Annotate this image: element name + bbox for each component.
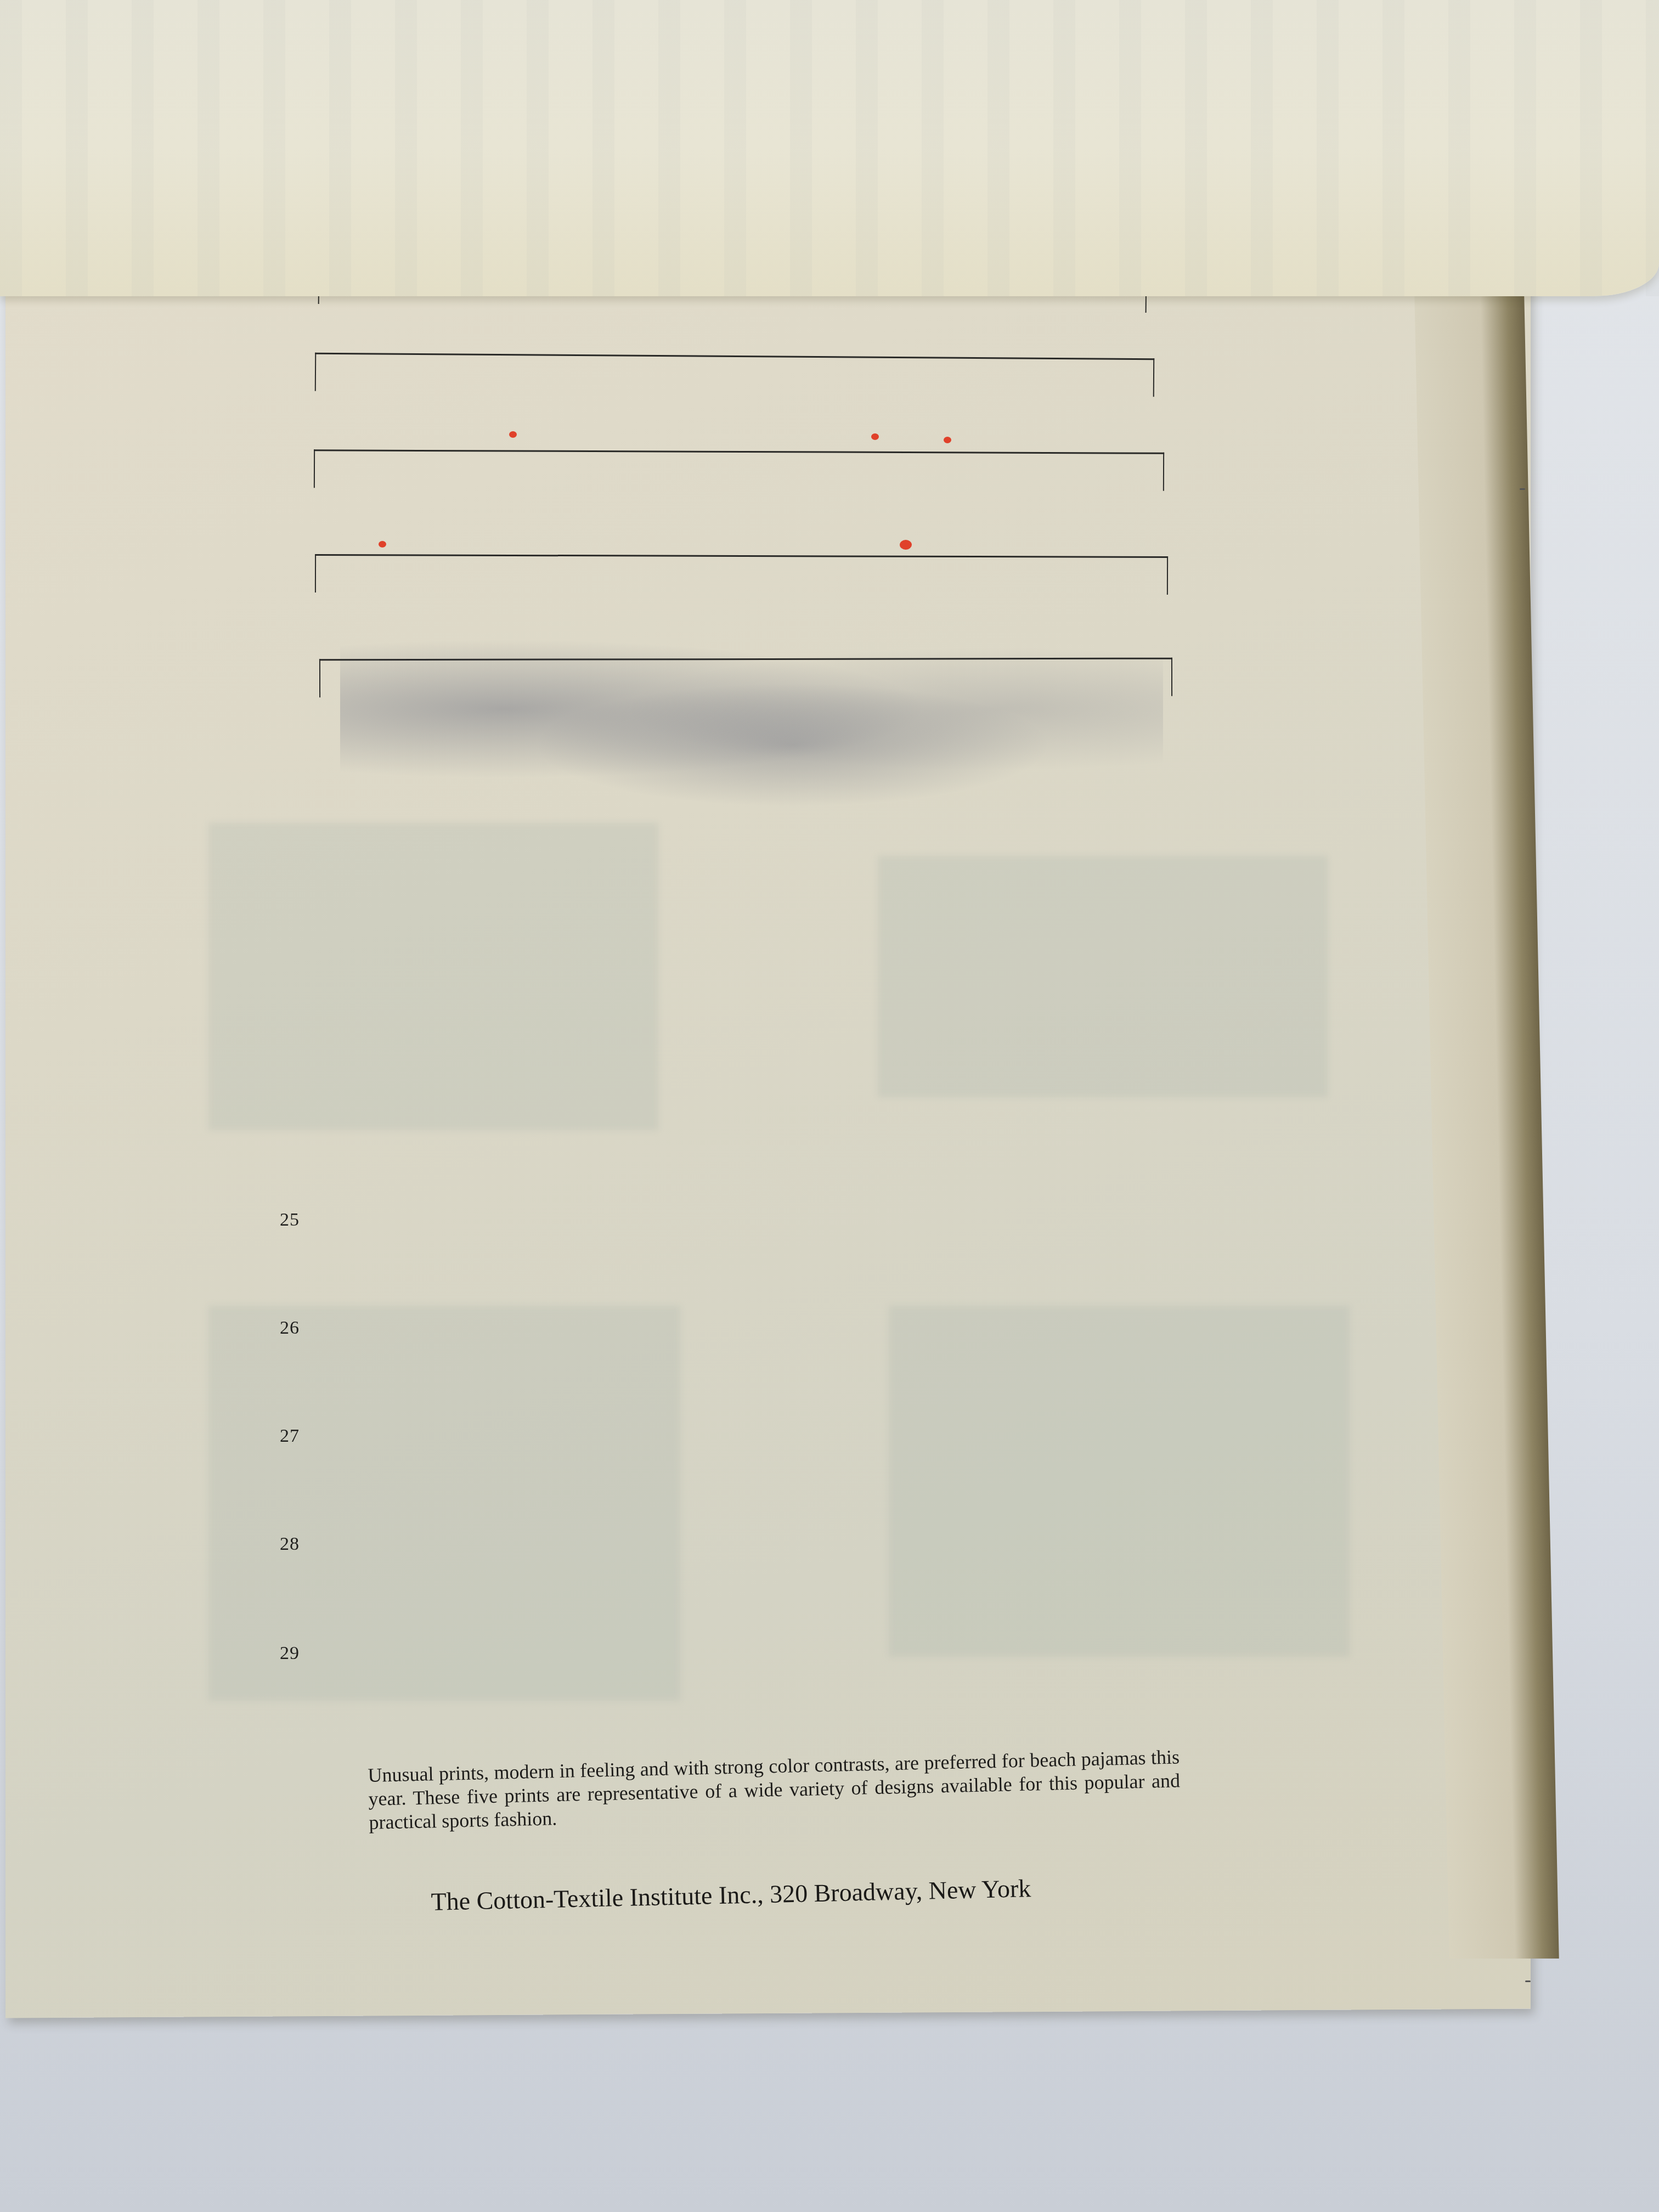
show-through-image	[208, 1306, 680, 1701]
number-29: 29	[280, 1643, 300, 1664]
swatch-slot-2	[315, 353, 1154, 397]
show-through-image	[878, 856, 1328, 1097]
ink-residue	[340, 636, 1163, 817]
swatch-slot-4	[315, 554, 1168, 595]
red-residue-dot	[379, 541, 386, 548]
dust-fleck	[1525, 1980, 1531, 1982]
tissue-interleaf-flap[interactable]	[0, 0, 1659, 296]
dust-fleck	[1520, 488, 1525, 490]
number-26: 26	[280, 1318, 300, 1339]
red-residue-dot	[509, 431, 517, 438]
red-residue-dot	[944, 437, 951, 443]
red-residue-dot	[871, 433, 879, 440]
red-residue-dot	[900, 540, 912, 550]
number-28: 28	[280, 1534, 300, 1555]
number-27: 27	[280, 1426, 300, 1447]
show-through-image	[208, 823, 658, 1130]
show-through-image	[889, 1306, 1350, 1657]
number-25: 25	[280, 1210, 300, 1231]
swatch-slot-3	[314, 449, 1164, 490]
